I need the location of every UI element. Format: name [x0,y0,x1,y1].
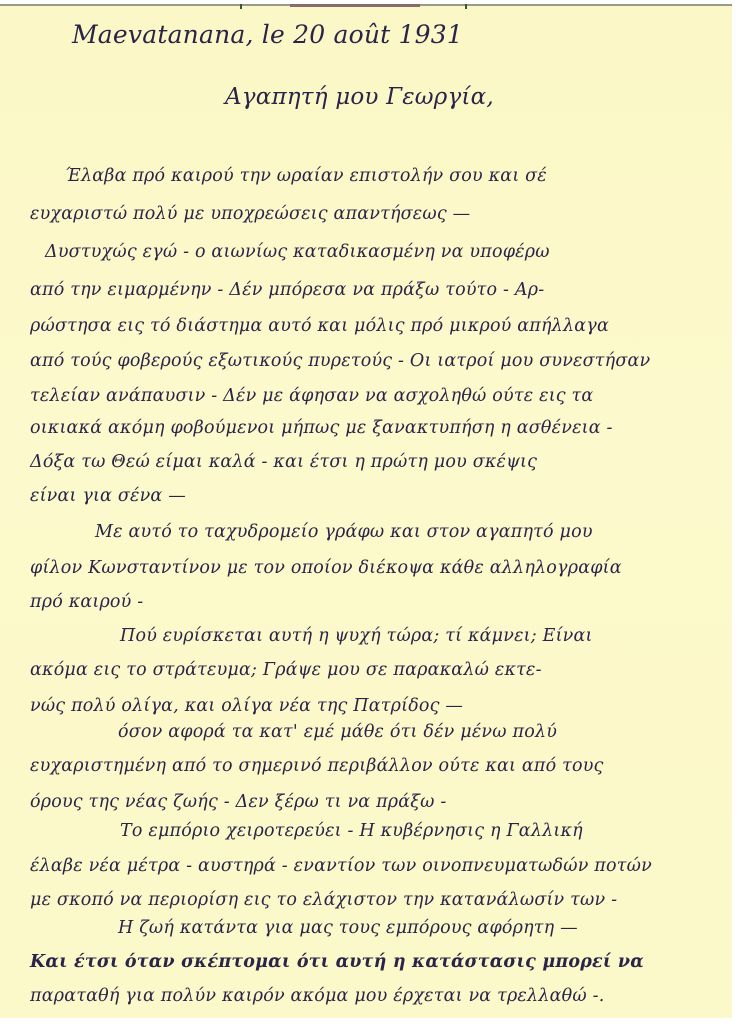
letter-line: από τούς φοβερούς εξωτικούς πυρετούς - Ο… [30,351,650,371]
letter-line: όρους της νέας ζωής - Δεν ξέρω τι να πρά… [30,792,446,812]
letter-line: είναι για σένα — [30,486,186,506]
letter-line: φίλον Κωνσταντίνον με τον οποίον διέκοψα… [30,558,622,578]
top-edge-mark [290,4,420,7]
letter-line: παραταθή για πολύν καιρόν ακόμα μου έρχε… [30,986,604,1006]
letter-line: ευχαριστώ πολύ με υποχρεώσεις απαντήσεως… [30,204,470,224]
letter-line: Έλαβα πρό καιρού την ωραίαν επιστολήν σο… [65,166,547,186]
letter-line: έλαβε νέα μέτρα - αυστηρά - εναντίον των… [30,856,652,876]
salutation: Αγαπητή μου Γεωργία, [225,84,494,110]
letter-line: οικιακά ακόμη φοβούμενοι μήπως με ξανακτ… [30,418,613,438]
letter-line: Δυστυχώς εγώ - ο αιωνίως καταδικασμένη ν… [45,242,550,262]
letter-line: Με αυτό το ταχυδρομείο γράφω και στον αγ… [95,522,593,542]
dateline: Maevatanana, le 20 août 1931 [72,20,463,49]
letter-line: με σκοπό να περιορίση εις το ελάχιστον τ… [30,890,617,910]
letter-line: όσον αφορά τα κατ' εμέ μάθε ότι δέν μένω… [118,722,557,742]
letter-line: τελείαν ανάπαυσιν - Δέν με άφησαν να ασχ… [30,386,593,406]
letter-line: από την ειμαρμένην - Δέν μπόρεσα να πράξ… [30,280,544,300]
letter-line: Πού ευρίσκεται αυτή η ψυχή τώρα; τί κάμν… [120,626,593,646]
letter-line: πρό καιρού - [30,592,143,612]
edge-tick [465,4,467,9]
letter-line: ευχαριστημένη από το σημερινό περιβάλλον… [30,756,604,776]
letter-line: ακόμα εις το στράτευμα; Γράψε μου σε παρ… [30,660,542,680]
letter-line: Το εμπόριο χειροτερεύει - Η κυβέρνησις η… [120,821,583,841]
letter-line: Η ζωή κατάντα για μας τους εμπόρους αφόρ… [118,918,578,938]
letter-line: Δόξα τω Θεώ είμαι καλά - και έτσι η πρώτ… [30,452,537,472]
edge-tick [240,4,242,9]
letter-line: νώς πολύ ολίγα, και ολίγα νέα της Πατρίδ… [30,696,463,716]
letter-paper: Maevatanana, le 20 août 1931 Αγαπητή μου… [0,4,732,1018]
letter-line: ρώστησα εις τό διάστημα αυτό και μόλις π… [30,316,609,336]
letter-line: Και έτσι όταν σκέπτομαι ότι αυτή η κατάσ… [30,952,644,972]
